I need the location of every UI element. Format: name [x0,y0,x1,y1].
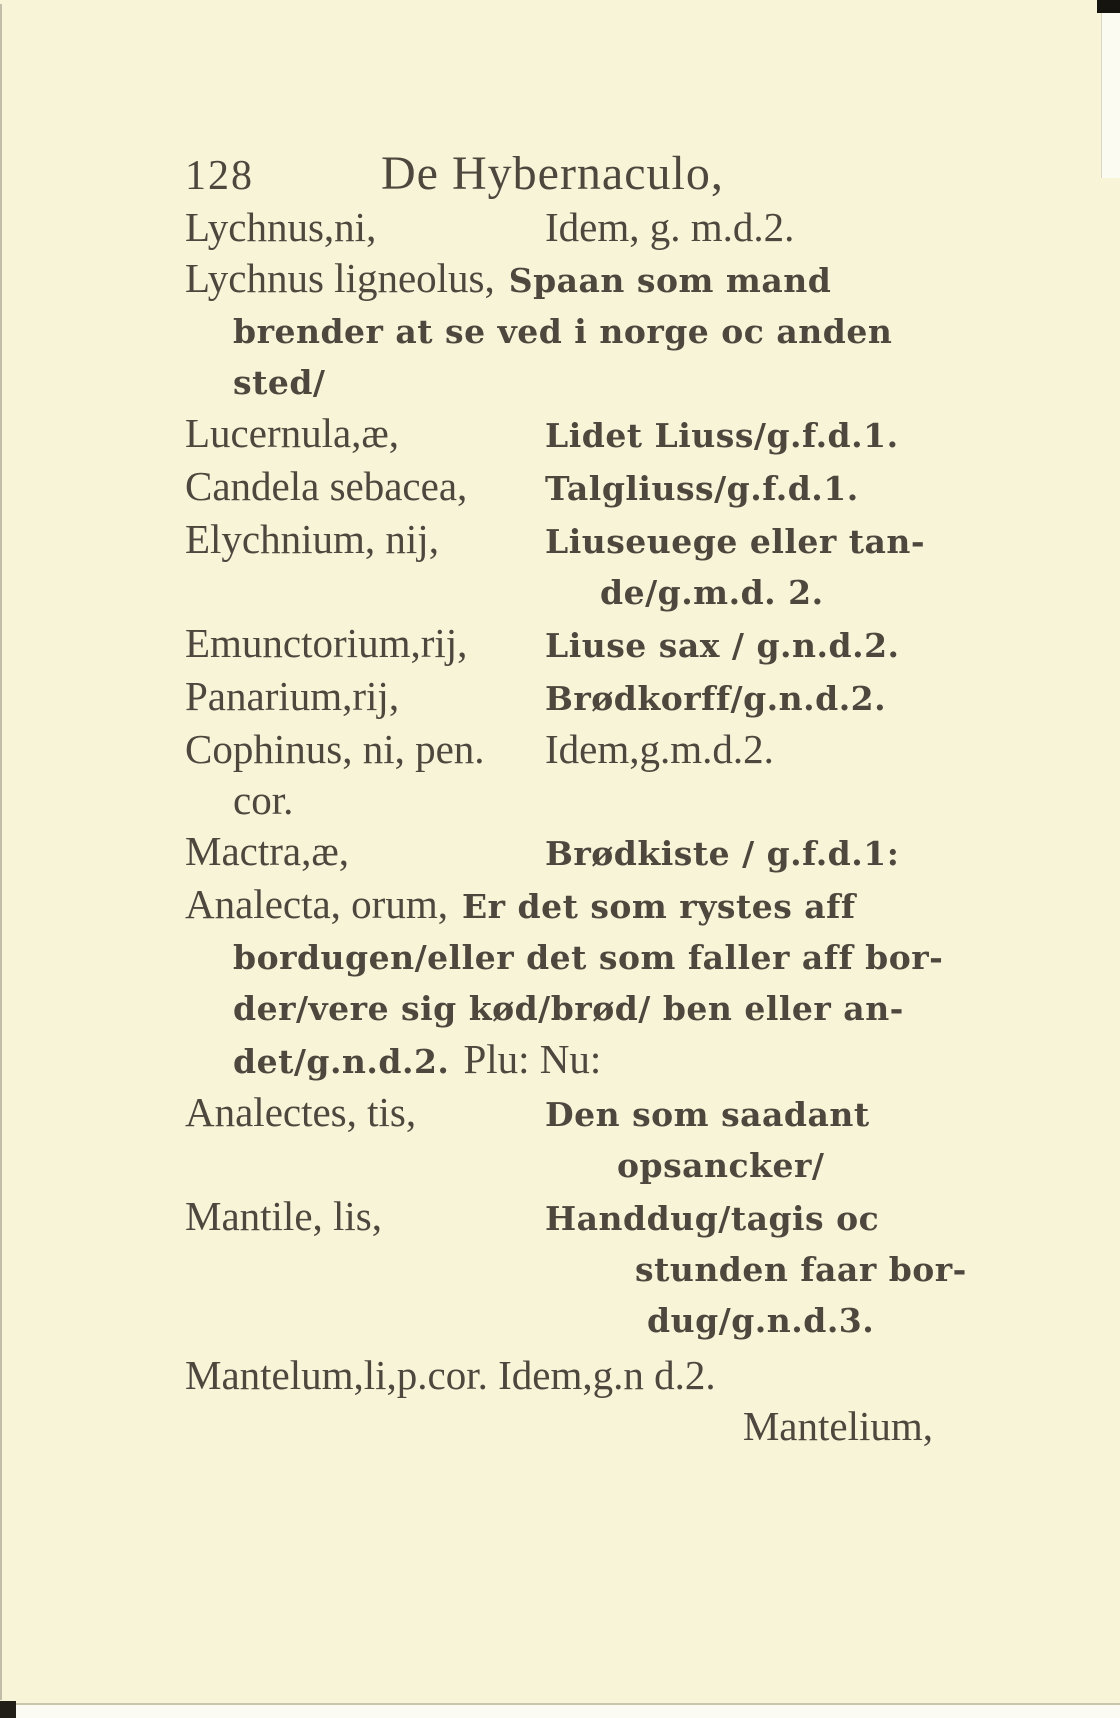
entry-continuation: sted/ [185,357,947,408]
entry-lemma: Emunctorium,rij, [185,618,545,669]
entry-continuation: dug/g.n.d.3. [185,1295,947,1346]
entry-continuation: brender at se ved i norge oc anden [185,306,947,357]
dictionary-entry-row: Analectes, tis, Den som saadant [185,1087,947,1140]
scan-left-edge-line [0,4,2,1700]
entry-definition: opsancker/ [617,1140,824,1191]
catchword: Mantelium, [743,1403,933,1449]
entry-definition: Den som saadant [545,1089,870,1140]
dictionary-entry-row: Lucernula,æ, Lidet Liuss/g.f.d.1. [185,408,947,461]
entry-lemma: Lucernula,æ, [185,408,545,459]
dictionary-entry-row: Analecta, orum, Er det som rystes aff [185,879,947,932]
entry-definition: sted/ [233,357,325,408]
dictionary-entry-row: Elychnium, nij, Liuseuege eller tan- [185,514,947,567]
entry-lemma: Mantile, lis, [185,1191,545,1242]
entry-continuation: bordugen/eller det som faller aff bor- [185,932,947,983]
entry-continuation: stunden faar bor- [185,1244,947,1295]
entry-continuation: cor. [185,775,947,826]
dictionary-entry-row: Mantelum,li,p.cor. Idem,g.n d.2. [185,1346,947,1401]
page-title: De Hybernaculo, [381,146,724,201]
dictionary-entry-row: Mactra,æ, Brødkiste / g.f.d.1: [185,826,947,879]
entry-lemma: Elychnium, nij, [185,514,545,565]
entry-definition: Liuseuege eller tan- [545,516,925,567]
page-header: 128 De Hybernaculo, [185,146,947,202]
entry-definition: dug/g.n.d.3. [647,1295,874,1346]
dictionary-entry-row: Lychnus ligneolus, Spaan som mand [185,253,947,306]
dictionary-entry-row: Panarium,rij, Brødkorff/g.n.d.2. [185,671,947,724]
entry-continuation: opsancker/ [185,1140,947,1191]
scan-corner-mark-top-right [1097,0,1120,13]
entry-definition: der/vere sig kød/brød/ ben eller an- [233,983,904,1034]
dictionary-entry-row: Cophinus, ni, pen. Idem,g.m.d.2. [185,724,947,775]
entry-grammar-note: Plu: Nu: [463,1034,601,1085]
scan-corner-mark-bottom-left [0,1701,16,1718]
entry-lemma: Lychnus,ni, [185,202,545,253]
entry-lemma: Panarium,rij, [185,671,545,722]
entry-definition: Brødkiste / g.f.d.1: [545,828,899,879]
entry-lemma: Cophinus, ni, pen. [185,724,545,775]
dictionary-entry-row: Candela sebacea, Talgliuss/g.f.d.1. [185,461,947,514]
entry-definition: Er det som rystes aff [462,881,856,932]
dictionary-entry-row: Lychnus,ni, Idem, g. m.d.2. [185,202,947,253]
entry-continuation: der/vere sig kød/brød/ ben eller an- [185,983,947,1034]
entry-definition: cor. [233,775,293,826]
entry-continuation: de/g.m.d. 2. [185,567,947,618]
entry-definition: Idem, g. m.d.2. [545,202,794,253]
catchword-row: Mantelium, [185,1401,947,1461]
entry-definition: Liuse sax / g.n.d.2. [545,620,900,671]
entry-definition: Handdug/tagis oc [545,1193,879,1244]
entry-definition: bordugen/eller det som faller aff bor- [233,932,943,983]
dictionary-entry-row: Mantile, lis, Handdug/tagis oc [185,1191,947,1244]
entry-definition: Idem,g.m.d.2. [545,724,774,775]
dictionary-entry-row: Emunctorium,rij, Liuse sax / g.n.d.2. [185,618,947,671]
entry-lemma: Candela sebacea, [185,461,545,512]
entry-definition: Brødkorff/g.n.d.2. [545,673,886,724]
scan-right-edge-strip [1101,13,1120,178]
entry-definition: Talgliuss/g.f.d.1. [545,463,859,514]
entry-lemma: Mantelum,li,p.cor. Idem,g.n d.2. [185,1350,716,1401]
page-text-block: 128 De Hybernaculo, Lychnus,ni, Idem, g.… [185,146,947,1461]
page-number: 128 [185,152,381,200]
entry-definition: brender at se ved i norge oc anden [233,306,892,357]
entry-continuation: det/g.n.d.2. Plu: Nu: [185,1034,947,1087]
entry-lemma: Analecta, orum, [185,879,448,930]
scan-bottom-edge-strip [0,1703,1120,1718]
entry-lemma: Lychnus ligneolus, [185,253,495,304]
entry-definition: det/g.n.d.2. [233,1036,449,1087]
entry-definition: stunden faar bor- [635,1244,967,1295]
entry-definition: Lidet Liuss/g.f.d.1. [545,410,899,461]
entry-definition: Spaan som mand [509,255,832,306]
entry-definition: de/g.m.d. 2. [600,567,824,618]
entry-lemma: Analectes, tis, [185,1087,545,1138]
entry-lemma: Mactra,æ, [185,826,545,877]
